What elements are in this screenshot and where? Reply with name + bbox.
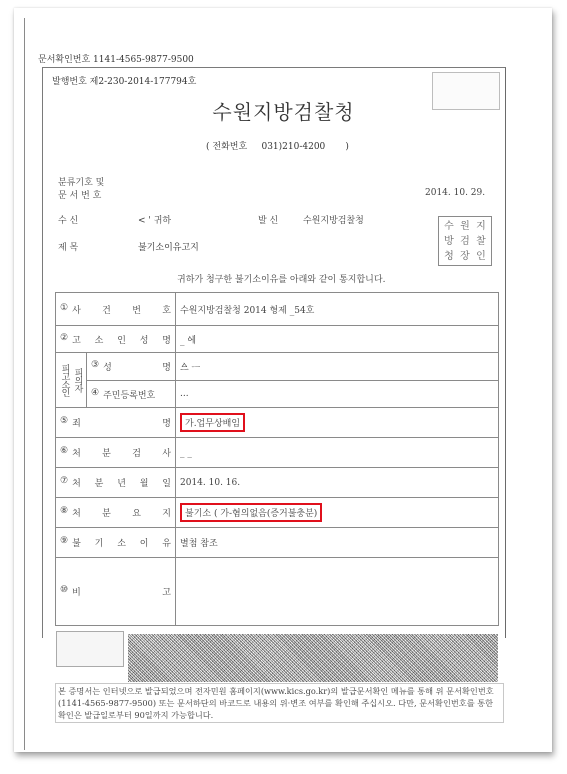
seal-char: 검 — [457, 234, 473, 249]
side-label-cell: 피고소인 피의자 — [56, 353, 87, 408]
issue-number: 발행번호 제2-230-2014-177794호 — [52, 74, 196, 87]
resident-number-value: ... — [176, 381, 499, 408]
seal-char: 찰 — [473, 234, 489, 249]
phone-number: 031)210-4200 — [261, 142, 325, 152]
table-row: 피고소인 피의자 ③성 명 ᅀᅳ ᅳ — [56, 353, 499, 381]
seal-char: 인 — [473, 249, 489, 264]
recipient-label: 수 신 — [58, 213, 78, 226]
row-label: ⑦처 분 년 월 일 — [56, 468, 176, 498]
seal-char: 원 — [457, 219, 473, 234]
phone-line: ( 전화번호 031)210-4200 ) — [206, 139, 349, 152]
document-date: 2014. 10. 29. — [425, 188, 485, 198]
charge-value-cell: 가.업무상배임 — [176, 408, 499, 438]
notice-sentence: 귀하가 청구한 불기소이유를 아래와 같이 통지합니다. — [177, 272, 385, 285]
side-label-outer: 피고소인 — [60, 364, 70, 396]
non-prosecution-reason-value: 별첨 참조 — [176, 528, 499, 558]
classification-label: 분류기호 및 문 서 번 호 — [58, 177, 104, 203]
row-label: ⑨불 기 소 이 유 — [56, 528, 176, 558]
official-seal-stamp: 수 원 지 방 검 찰 청 장 인 — [438, 216, 492, 266]
office-title: 수원지방검찰청 — [0, 96, 567, 125]
table-row: ④주민등록번호 ... — [56, 381, 499, 408]
table-row: ⑤죄 명 가.업무상배임 — [56, 408, 499, 438]
case-number-value: 수원지방검찰청 2014 형제 _54호 — [176, 293, 499, 326]
subject-label: 제 목 — [58, 240, 78, 253]
complainant-name-value: _ ᅌᅦ — [176, 326, 499, 353]
issue-label: 발행번호 — [52, 77, 87, 87]
seal-char: 장 — [457, 249, 473, 264]
doc-confirm-label: 문서확인번호 — [38, 55, 90, 65]
scan-edge-line — [24, 18, 25, 750]
sender-label: 발 신 — [258, 213, 278, 226]
charge-highlight-box: 가.업무상배임 — [180, 413, 245, 432]
seal-char: 지 — [473, 219, 489, 234]
table-row: ⑦처 분 년 월 일 2014. 10. 16. — [56, 468, 499, 498]
issue-value: 제2-230-2014-177794호 — [90, 77, 197, 87]
table-row: ⑧처 분 요 지 불기소 ( 가-혐의없음(증거불충분) — [56, 498, 499, 528]
seal-char: 청 — [441, 249, 457, 264]
seal-char: 방 — [441, 234, 457, 249]
subject-value: 불기소이유고지 — [138, 240, 199, 253]
phone-close: ) — [345, 142, 349, 152]
row-label: ①사 건 번 호 — [56, 293, 176, 326]
table-row: ②고 소 인 성 명 _ ᅌᅦ — [56, 326, 499, 353]
row-label: ③성 명 — [87, 353, 176, 381]
recipient-value: < ' 귀하 — [138, 213, 171, 226]
side-label-inner: 피의자 — [73, 368, 83, 392]
disposition-highlight-box: 불기소 ( 가-혐의없음(증거불충분) — [180, 503, 322, 522]
row-label: ⑥처 분 검 사 — [56, 438, 176, 468]
row-label: ⑧처 분 요 지 — [56, 498, 176, 528]
doc-confirm-number: 1141-4565-9877-9500 — [93, 55, 194, 65]
sender-value: 수원지방검찰청 — [303, 213, 364, 226]
table-row: ⑩비 고 — [56, 558, 499, 626]
table-row: ①사 건 번 호 수원지방검찰청 2014 형제 _54호 — [56, 293, 499, 326]
verification-footer-note: 본 증명서는 인터넷으로 발급되었으며 전자민원 홈페이지(www.kics.g… — [55, 683, 504, 723]
table-row: ⑥처 분 검 사 _ _ — [56, 438, 499, 468]
row-label: ②고 소 인 성 명 — [56, 326, 176, 353]
row-label: ④주민등록번호 — [87, 381, 176, 408]
seal-char: 수 — [441, 219, 457, 234]
row-label: ⑤죄 명 — [56, 408, 176, 438]
suspect-name-value: ᅀᅳ ᅳ — [176, 353, 499, 381]
disposition-summary-cell: 불기소 ( 가-혐의없음(증거불충분) — [176, 498, 499, 528]
prosecutor-value: _ _ — [176, 438, 499, 468]
phone-label: ( 전화번호 — [206, 142, 247, 152]
remarks-value — [176, 558, 499, 626]
case-info-table: ①사 건 번 호 수원지방검찰청 2014 형제 _54호 ②고 소 인 성 명… — [55, 292, 499, 626]
document-confirmation-number: 문서확인번호 1141-4565-9877-9500 — [38, 52, 194, 65]
table-row: ⑨불 기 소 이 유 별첨 참조 — [56, 528, 499, 558]
classification-line-2: 문 서 번 호 — [58, 190, 104, 203]
disposition-date-value: 2014. 10. 16. — [176, 468, 499, 498]
classification-line-1: 분류기호 및 — [58, 177, 104, 190]
row-label: ⑩비 고 — [56, 558, 176, 626]
2d-barcode — [128, 634, 498, 682]
small-barcode-box — [56, 631, 124, 667]
